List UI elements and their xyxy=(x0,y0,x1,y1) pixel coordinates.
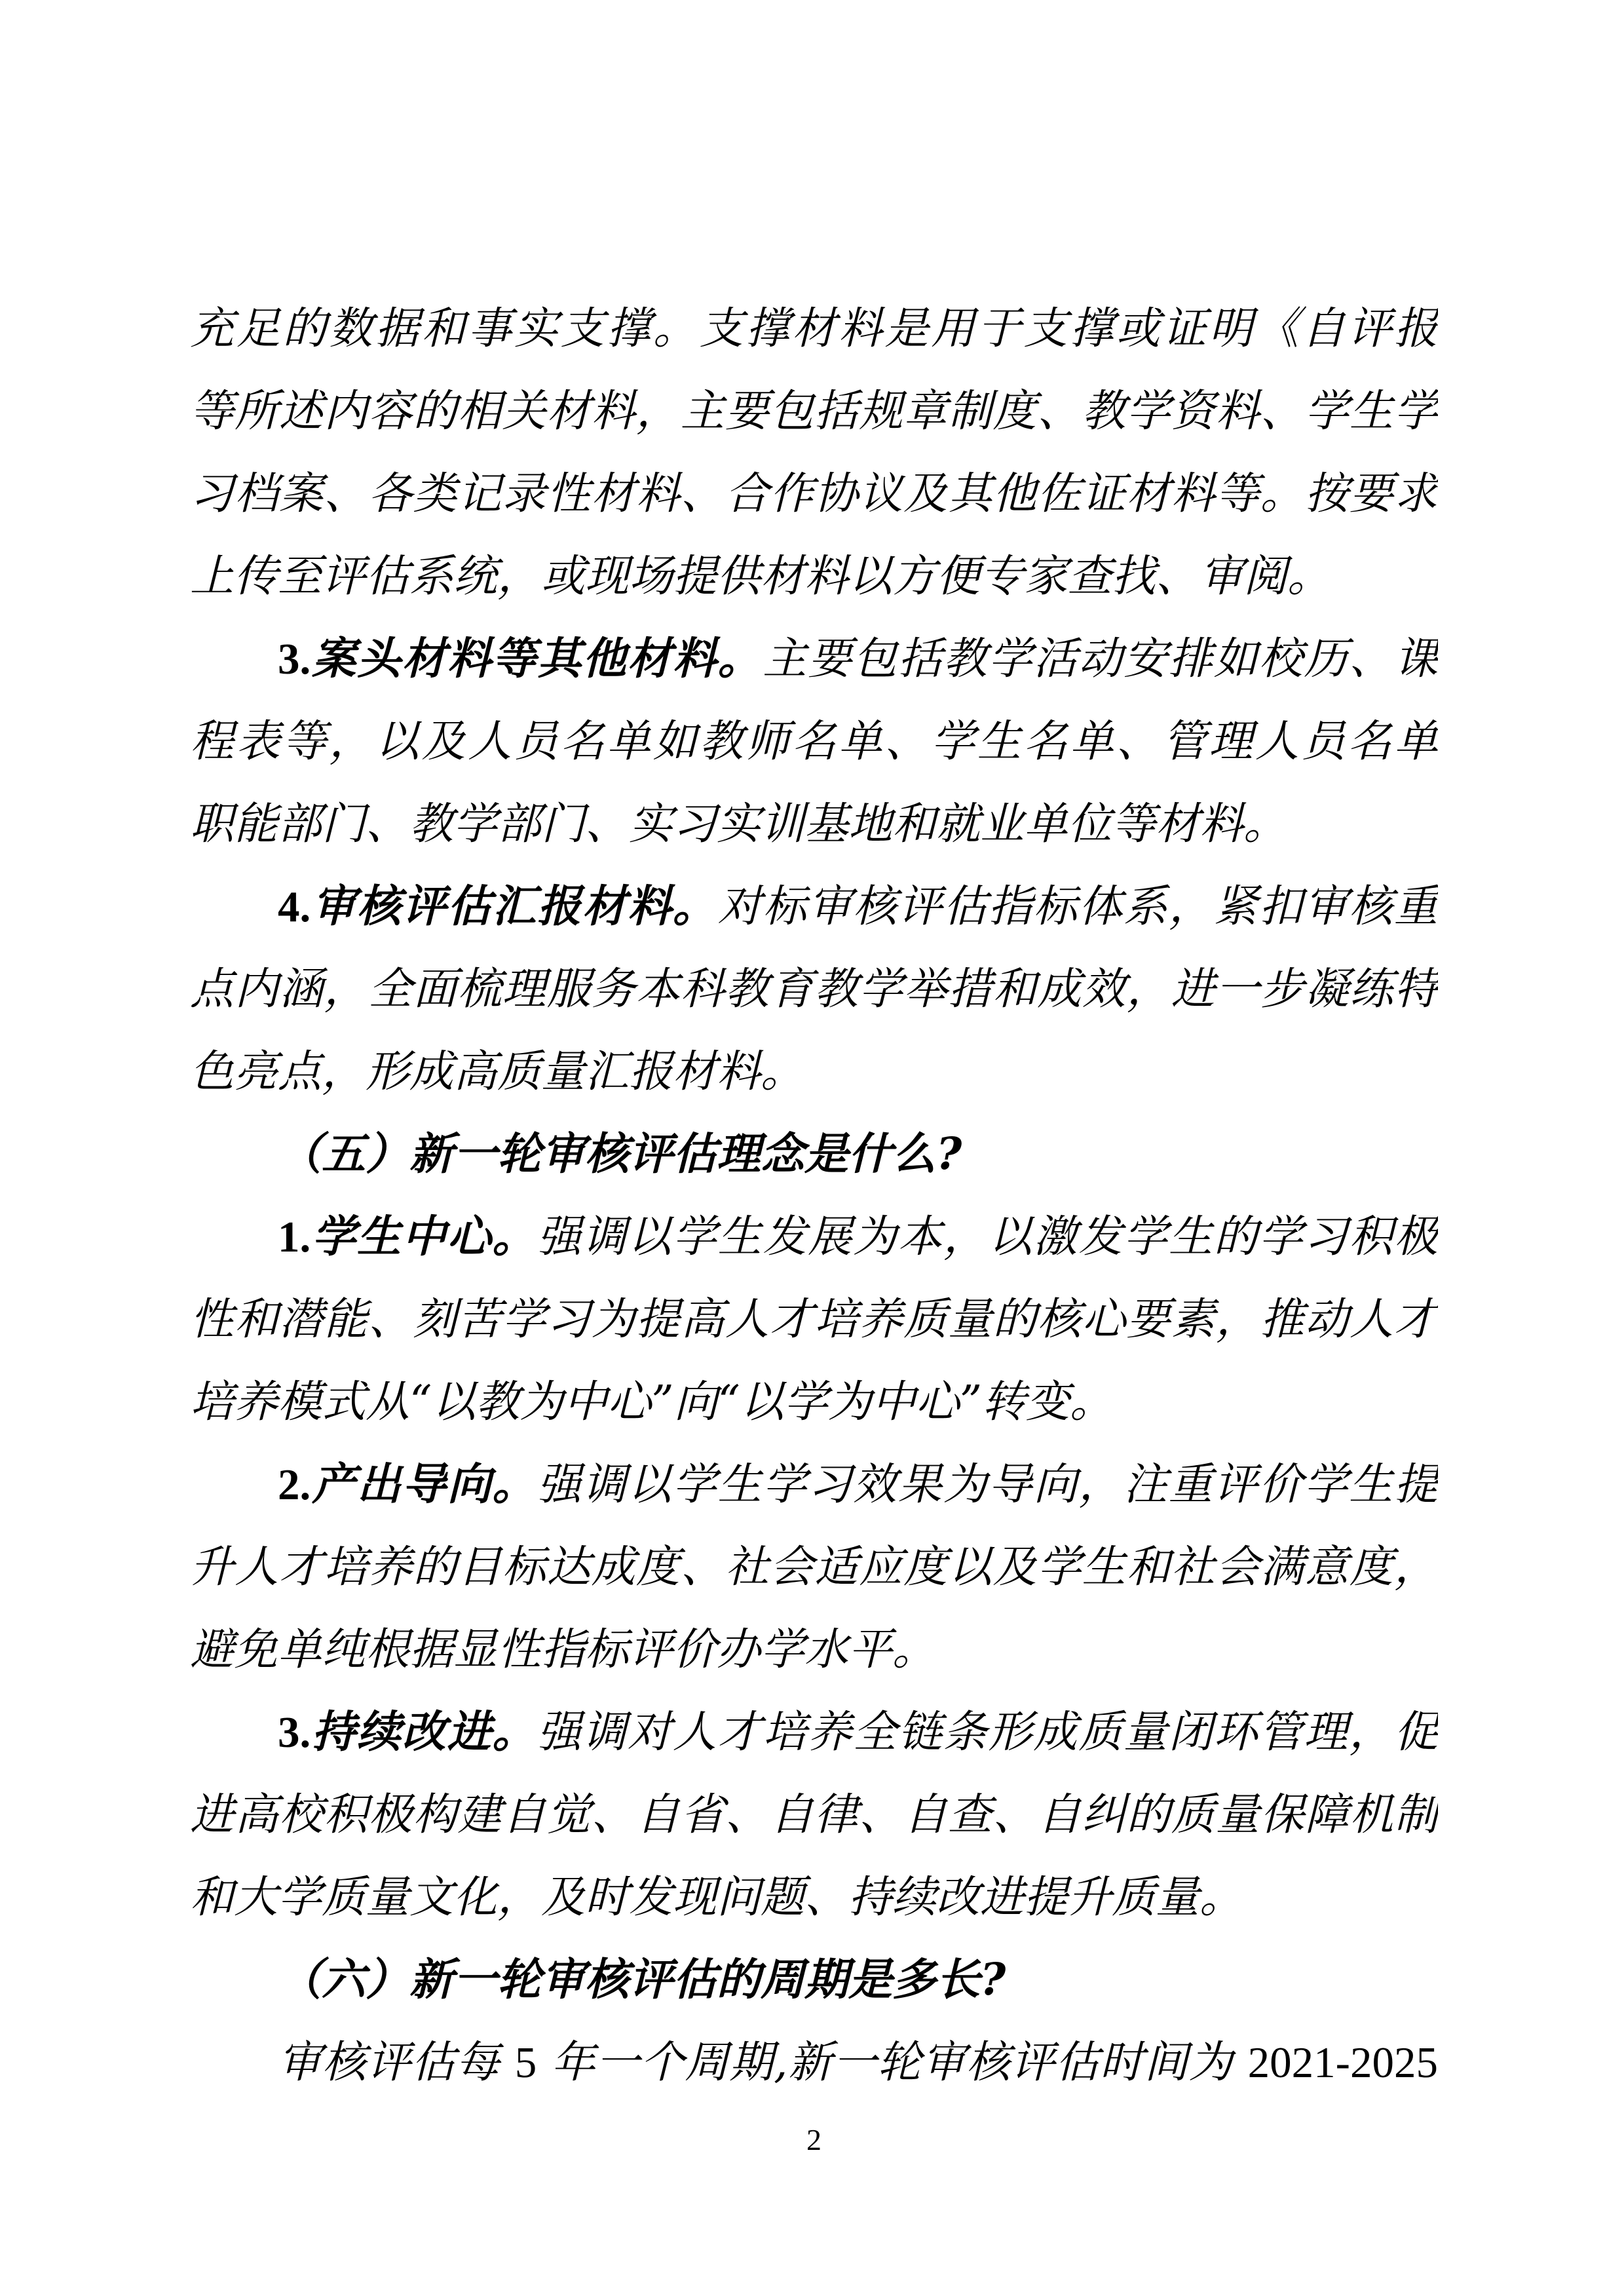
text-line: 2.产出导向。强调以学生学习效果为导向，注重评价学生提 xyxy=(190,1443,1438,1525)
bold-text-run: （六）新一轮审核评估的周期是多长? xyxy=(278,1953,1006,2005)
text-run: 职能部门、教学部门、实习实训基地和就业单位等材料。 xyxy=(190,798,1287,849)
bold-text-run: 学生中心。 xyxy=(311,1210,537,1262)
text-line: 性和潜能、刻苦学习为提高人才培养质量的核心要素，推动人才 xyxy=(190,1278,1438,1360)
bold-text-run: 产出导向。 xyxy=(311,1458,537,1510)
text-line: 习档案、各类记录性材料、合作协议及其他佐证材料等。按要求 xyxy=(190,452,1438,535)
text-run: 程表等，以及人员名单如教师名单、学生名单、管理人员名单等； xyxy=(190,716,1438,782)
text-line: 进高校积极构建自觉、自省、自律、自查、自纠的质量保障机制 xyxy=(190,1773,1438,1856)
text-run: 上传至评估系统，或现场提供材料以方便专家查找、审阅。 xyxy=(190,550,1331,602)
document-page: 充足的数据和事实支撑。支撑材料是用于支撑或证明《自评报告》等所述内容的相关材料，… xyxy=(0,0,1624,2296)
bold-text-run: 案头材料等其他材料。 xyxy=(311,632,763,684)
text-run: 升人才培养的目标达成度、社会适应度以及学生和社会满意度， xyxy=(190,1541,1438,1592)
text-run: 强调以学生学习效果为导向，注重评价学生提 xyxy=(537,1459,1438,1510)
text-run: 2021-2025 xyxy=(1248,2038,1438,2087)
text-line: 1.学生中心。强调以学生发展为本，以激发学生的学习积极 xyxy=(190,1195,1438,1278)
text-line: 职能部门、教学部门、实习实训基地和就业单位等材料。 xyxy=(190,782,1438,865)
text-line: 等所述内容的相关材料，主要包括规章制度、教学资料、学生学 xyxy=(190,370,1438,452)
text-line: 3.案头材料等其他材料。主要包括教学活动安排如校历、课 xyxy=(190,617,1438,700)
bold-text-run: 3. xyxy=(278,635,311,683)
bold-text-run: 3. xyxy=(278,1708,311,1757)
text-run: 等所述内容的相关材料，主要包括规章制度、教学资料、学生学 xyxy=(190,385,1438,436)
text-run: 点内涵，全面梳理服务本科教育教学举措和成效，进一步凝练特 xyxy=(190,963,1438,1014)
text-line: 点内涵，全面梳理服务本科教育教学举措和成效，进一步凝练特 xyxy=(190,947,1438,1030)
bold-text-run: 1. xyxy=(278,1213,311,1261)
text-run: 色亮点，形成高质量汇报材料。 xyxy=(190,1046,804,1097)
text-run: 年一个周期,新一轮审核评估时间为 xyxy=(537,2037,1247,2088)
text-line: 避免单纯根据显性指标评价办学水平。 xyxy=(190,1608,1438,1691)
bold-text-run: （五）新一轮审核评估理念是什么? xyxy=(278,1128,962,1179)
text-run: 主要包括教学活动安排如校历、课 xyxy=(763,633,1438,684)
text-line: 3.持续改进。强调对人才培养全链条形成质量闭环管理，促 xyxy=(190,1691,1438,1773)
bold-text-run: 2. xyxy=(278,1461,311,1509)
text-line: 审核评估每 5 年一个周期,新一轮审核评估时间为 2021-2025 xyxy=(190,2021,1438,2103)
page-number: 2 xyxy=(190,2122,1438,2158)
text-run: 习档案、各类记录性材料、合作协议及其他佐证材料等。按要求 xyxy=(190,468,1438,519)
text-run: 强调以学生发展为本，以激发学生的学习积极 xyxy=(537,1211,1438,1262)
text-line: 程表等，以及人员名单如教师名单、学生名单、管理人员名单等； xyxy=(190,700,1438,782)
text-run: 避免单纯根据显性指标评价办学水平。 xyxy=(190,1624,936,1675)
text-run: 培养模式从“以教为中心”向“以学为中心”转变。 xyxy=(190,1376,1114,1427)
text-run: 5 xyxy=(515,2038,537,2087)
bold-text-run: 持续改进。 xyxy=(311,1706,537,1757)
text-run: 进高校积极构建自觉、自省、自律、自查、自纠的质量保障机制 xyxy=(190,1789,1438,1840)
page-content: 充足的数据和事实支撑。支撑材料是用于支撑或证明《自评报告》等所述内容的相关材料，… xyxy=(190,287,1438,2103)
text-line: 4.审核评估汇报材料。对标审核评估指标体系，紧扣审核重 xyxy=(190,865,1438,947)
text-run: 强调对人才培养全链条形成质量闭环管理，促 xyxy=(537,1706,1438,1757)
text-line: 充足的数据和事实支撑。支撑材料是用于支撑或证明《自评报告》 xyxy=(190,287,1438,370)
text-run: 对标审核评估指标体系，紧扣审核重 xyxy=(718,881,1438,932)
text-line: 培养模式从“以教为中心”向“以学为中心”转变。 xyxy=(190,1360,1438,1443)
text-run: 和大学质量文化，及时发现问题、持续改进提升质量。 xyxy=(190,1871,1243,1923)
bold-text-run: 4. xyxy=(278,883,311,931)
text-line: 和大学质量文化，及时发现问题、持续改进提升质量。 xyxy=(190,1856,1438,1938)
text-line: 升人才培养的目标达成度、社会适应度以及学生和社会满意度， xyxy=(190,1525,1438,1608)
text-line: 上传至评估系统，或现场提供材料以方便专家查找、审阅。 xyxy=(190,535,1438,617)
text-run: 性和潜能、刻苦学习为提高人才培养质量的核心要素，推动人才 xyxy=(190,1293,1438,1345)
bold-text-run: 审核评估汇报材料。 xyxy=(311,880,717,932)
text-run: 充足的数据和事实支撑。支撑材料是用于支撑或证明《自评报告》 xyxy=(190,303,1438,370)
text-run: 审核评估每 xyxy=(278,2037,515,2088)
text-line: 色亮点，形成高质量汇报材料。 xyxy=(190,1030,1438,1113)
text-line: （五）新一轮审核评估理念是什么? xyxy=(190,1113,1438,1195)
text-line: （六）新一轮审核评估的周期是多长? xyxy=(190,1938,1438,2021)
